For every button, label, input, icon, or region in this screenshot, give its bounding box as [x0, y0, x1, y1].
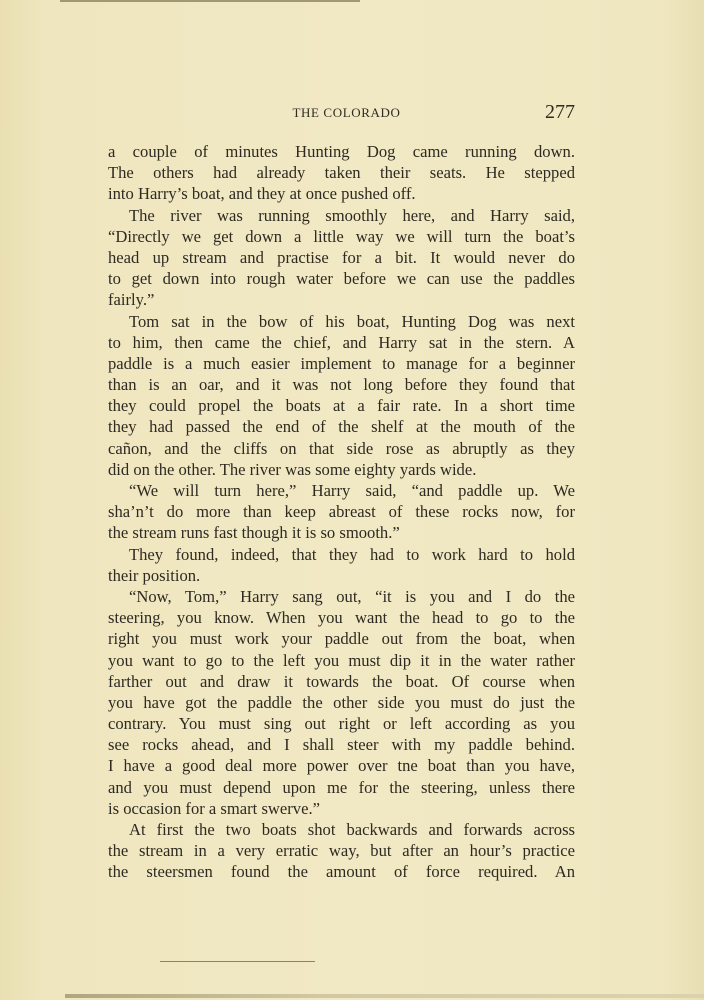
text-line: steering, you know. When you want the he…	[108, 607, 575, 628]
text-line: a couple of minutes Hunting Dog came run…	[108, 141, 575, 162]
text-line: paddle is a much easier implement to man…	[108, 353, 575, 374]
text-line: cañon, and the cliffs on that side rose …	[108, 438, 575, 459]
text-line: you have got the paddle the other side y…	[108, 692, 575, 713]
page-bottom-edge	[65, 994, 704, 998]
text-line: “Now, Tom,” Harry sang out, “it is you a…	[108, 586, 575, 607]
text-line: The river was running smoothly here, and…	[108, 205, 575, 226]
text-line: they could propel the boats at a fair ra…	[108, 395, 575, 416]
page-top-edge	[60, 0, 360, 2]
text-line: you want to go to the left you must dip …	[108, 650, 575, 671]
text-line: contrary. You must sing out right or lef…	[108, 713, 575, 734]
footer-rule	[160, 961, 315, 962]
text-line: their position.	[108, 565, 575, 586]
text-line: “We will turn here,” Harry said, “and pa…	[108, 480, 575, 501]
text-line: to get down into rough water before we c…	[108, 268, 575, 289]
text-line: The others had already taken their seats…	[108, 162, 575, 183]
text-line: I have a good deal more power over tne b…	[108, 755, 575, 776]
text-line: farther out and draw it towards the boat…	[108, 671, 575, 692]
text-line: and you must depend upon me for the stee…	[108, 777, 575, 798]
text-line: the steersmen found the amount of force …	[108, 861, 575, 882]
text-line: did on the other. The river was some eig…	[108, 459, 575, 480]
text-line: They found, indeed, that they had to wor…	[108, 544, 575, 565]
text-line: fairly.”	[108, 289, 575, 310]
running-head-title: THE COLORADO	[108, 105, 575, 121]
body-text: a couple of minutes Hunting Dog came run…	[108, 141, 575, 883]
text-line: “Directly we get down a little way we wi…	[108, 226, 575, 247]
text-line: than is an oar, and it was not long befo…	[108, 374, 575, 395]
text-line: see rocks ahead, and I shall steer with …	[108, 734, 575, 755]
text-line: At first the two boats shot backwards an…	[108, 819, 575, 840]
text-line: head up stream and practise for a bit. I…	[108, 247, 575, 268]
text-line: the stream in a very erratic way, but af…	[108, 840, 575, 861]
text-line: is occasion for a smart swerve.”	[108, 798, 575, 819]
text-line: right you must work your paddle out from…	[108, 628, 575, 649]
text-line: the stream runs fast though it is so smo…	[108, 522, 575, 543]
page-number: 277	[545, 101, 575, 124]
text-line: they had passed the end of the shelf at …	[108, 416, 575, 437]
text-line: Tom sat in the bow of his boat, Hunting …	[108, 311, 575, 332]
text-line: into Harry’s boat, and they at once push…	[108, 183, 575, 204]
text-line: to him, then came the chief, and Harry s…	[108, 332, 575, 353]
running-head: THE COLORADO 277	[108, 101, 575, 125]
text-line: sha’n’t do more than keep abreast of the…	[108, 501, 575, 522]
